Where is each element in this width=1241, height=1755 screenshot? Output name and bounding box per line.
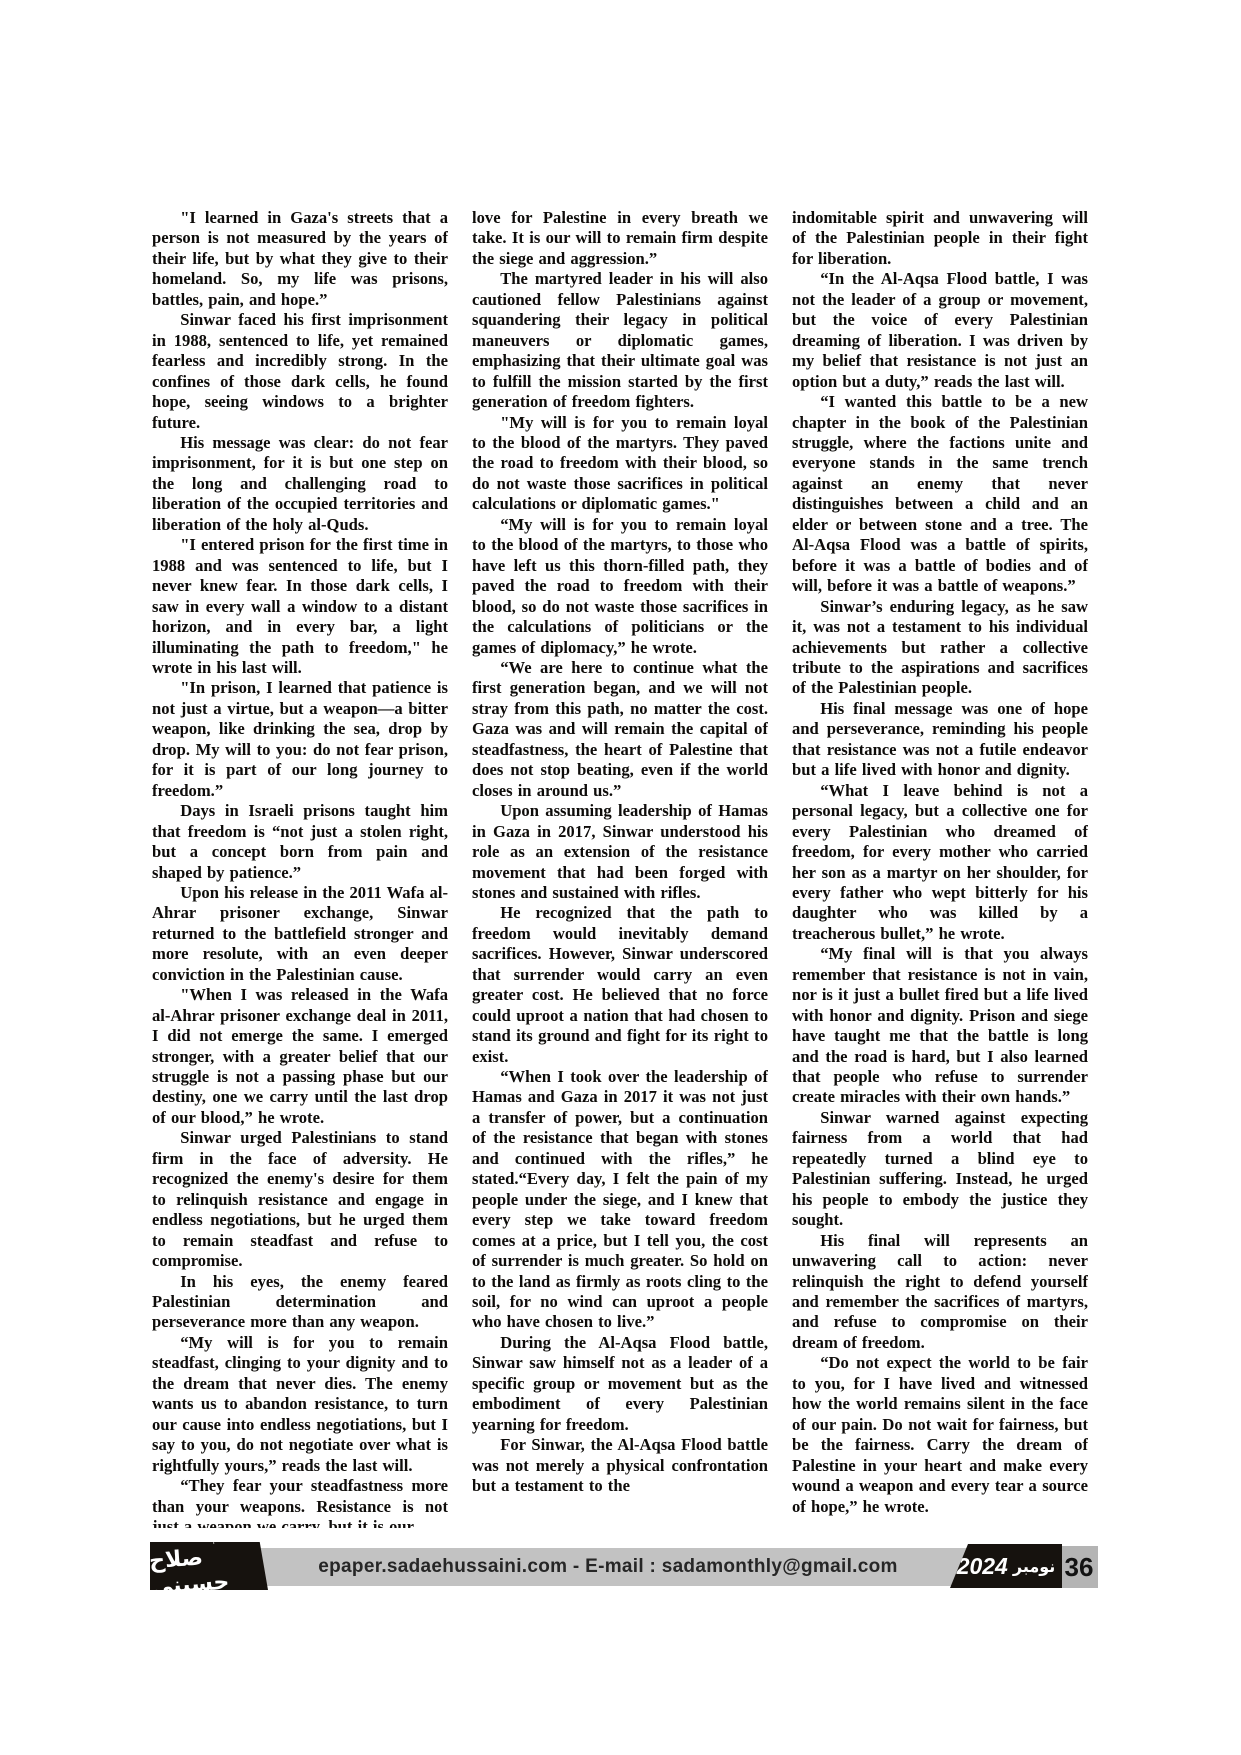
article-column-2: love for Palestine in every breath we ta…: [472, 208, 768, 1528]
article-paragraph: For Sinwar, the Al-Aqsa Flood battle was…: [472, 1435, 768, 1496]
article-column-1: "I learned in Gaza's streets that a pers…: [152, 208, 448, 1528]
magazine-logo-icon: ماہنامہ صلاح حسینی: [150, 1542, 268, 1590]
article-paragraph: The martyred leader in his will also cau…: [472, 269, 768, 412]
article-body: "I learned in Gaza's streets that a pers…: [152, 208, 1088, 1528]
article-paragraph: Days in Israeli prisons taught him that …: [152, 801, 448, 883]
article-paragraph: His message was clear: do not fear impri…: [152, 433, 448, 535]
footer-website-email: epaper.sadaehussaini.com - E-mail : sada…: [276, 1548, 940, 1586]
footer-date-badge: 2024 نومبر: [950, 1544, 1062, 1588]
article-paragraph: love for Palestine in every breath we ta…: [472, 208, 768, 269]
article-paragraph: “My will is for you to remain loyal to t…: [472, 515, 768, 658]
article-paragraph: “When I took over the leadership of Hama…: [472, 1067, 768, 1333]
article-paragraph: “Do not expect the world to be fair to y…: [792, 1353, 1088, 1517]
article-paragraph: Upon assuming leadership of Hamas in Gaz…: [472, 801, 768, 903]
article-paragraph: "In prison, I learned that patience is n…: [152, 678, 448, 801]
article-paragraph: “In the Al-Aqsa Flood battle, I was not …: [792, 269, 1088, 392]
article-paragraph: “They fear your steadfastness more than …: [152, 1476, 448, 1528]
article-paragraph: “We are here to continue what the first …: [472, 658, 768, 801]
article-paragraph: Sinwar’s enduring legacy, as he saw it, …: [792, 597, 1088, 699]
article-paragraph: He recognized that the path to freedom w…: [472, 903, 768, 1067]
article-paragraph: “What I leave behind is not a personal l…: [792, 781, 1088, 945]
article-paragraph: “My final will is that you always rememb…: [792, 944, 1088, 1108]
article-paragraph: indomitable spirit and unwavering will o…: [792, 208, 1088, 269]
article-paragraph: “I wanted this battle to be a new chapte…: [792, 392, 1088, 597]
article-paragraph: "When I was released in the Wafa al-Ahra…: [152, 985, 448, 1128]
article-paragraph: “My will is for you to remain steadfast,…: [152, 1333, 448, 1476]
article-column-3: indomitable spirit and unwavering will o…: [792, 208, 1088, 1528]
article-paragraph: Sinwar warned against expecting fairness…: [792, 1108, 1088, 1231]
footer-year: 2024: [957, 1553, 1008, 1580]
article-paragraph: "I entered prison for the first time in …: [152, 535, 448, 678]
page-footer: ماہنامہ صلاح حسینی epaper.sadaehussaini.…: [150, 1542, 1098, 1590]
footer-month-urdu: نومبر: [1013, 1557, 1055, 1576]
article-paragraph: Sinwar faced his first imprisonment in 1…: [152, 310, 448, 433]
article-paragraph: Upon his release in the 2011 Wafa al-Ahr…: [152, 883, 448, 985]
article-paragraph: His final message was one of hope and pe…: [792, 699, 1088, 781]
article-paragraph: "I learned in Gaza's streets that a pers…: [152, 208, 448, 310]
page-number: 36: [1060, 1546, 1098, 1588]
newspaper-page: "I learned in Gaza's streets that a pers…: [0, 0, 1241, 1755]
article-paragraph: During the Al-Aqsa Flood battle, Sinwar …: [472, 1333, 768, 1435]
article-paragraph: "My will is for you to remain loyal to t…: [472, 413, 768, 515]
article-paragraph: In his eyes, the enemy feared Palestinia…: [152, 1272, 448, 1333]
magazine-logo-text: صلاح حسینی: [148, 1541, 269, 1601]
article-paragraph: His final will represents an unwavering …: [792, 1231, 1088, 1354]
article-paragraph: Sinwar urged Palestinians to stand firm …: [152, 1128, 448, 1271]
